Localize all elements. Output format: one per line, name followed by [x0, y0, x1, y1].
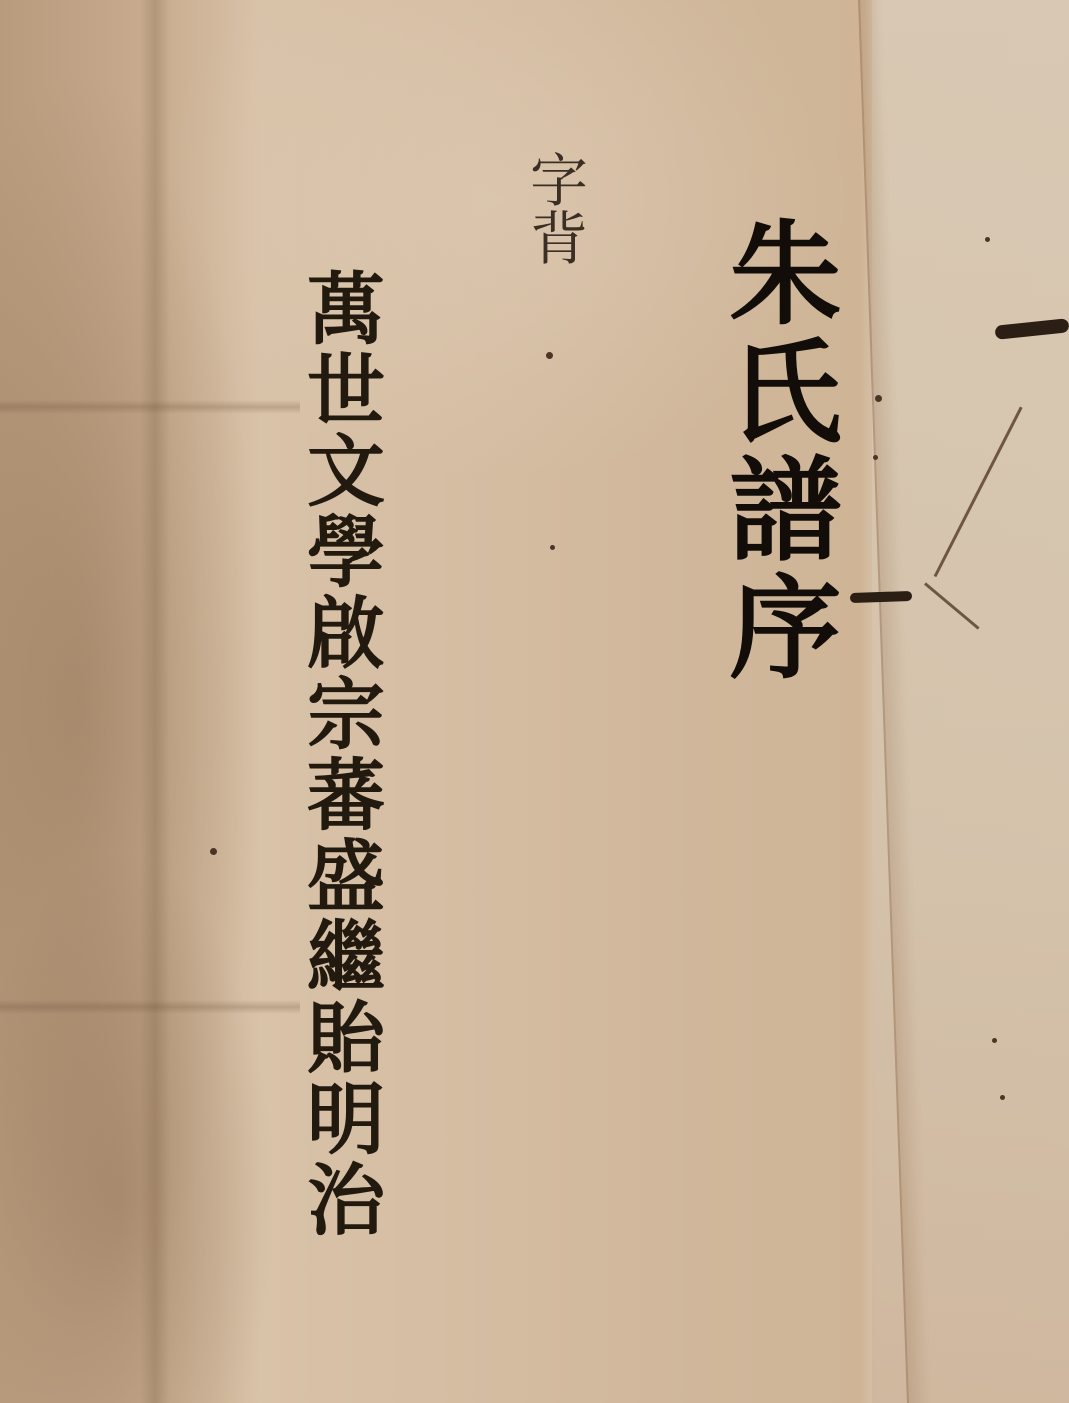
document-title: 朱氏譜序 [720, 215, 832, 687]
generation-poem: 萬世文學啟宗蕃盛繼貽明治 [300, 268, 378, 1240]
ink-speck [546, 352, 553, 359]
horizontal-fold-crease [0, 1000, 300, 1014]
vertical-fold-crease [140, 0, 170, 1403]
ink-speck [1000, 1095, 1005, 1100]
ink-speck [875, 395, 882, 402]
ink-speck [992, 1038, 997, 1043]
ink-speck [210, 848, 217, 855]
ink-speck [985, 237, 990, 242]
generation-annotation: 字背 [525, 150, 583, 266]
ink-speck [550, 545, 555, 550]
horizontal-fold-crease [0, 400, 300, 414]
ink-speck [873, 455, 878, 460]
